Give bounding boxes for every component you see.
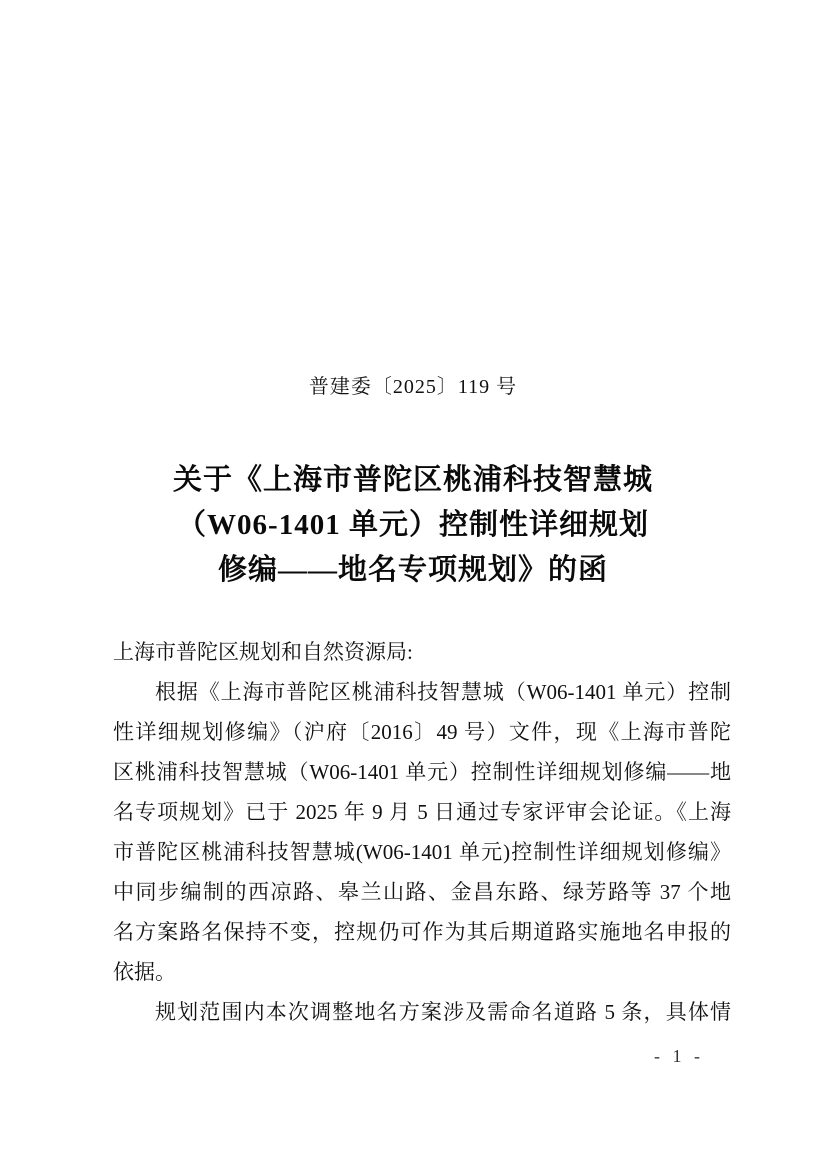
page-number: - 1 - bbox=[654, 1046, 704, 1067]
body-line: 市普陀区桃浦科技智慧城(W06-1401 单元)控制性详细规划修编》 bbox=[113, 832, 731, 872]
document-number: 普建委〔2025〕119 号 bbox=[0, 370, 826, 399]
body-line: 中同步编制的西凉路、皋兰山路、金昌东路、绿芳路等 37 个地 bbox=[113, 872, 731, 912]
title-line-1: 关于《上海市普陀区桃浦科技智慧城 bbox=[0, 458, 826, 503]
title-line-3: 修编——地名专项规划》的函 bbox=[0, 548, 826, 593]
document-title: 关于《上海市普陀区桃浦科技智慧城 （W06-1401 单元）控制性详细规划 修编… bbox=[0, 458, 826, 593]
body-line: 根据《上海市普陀区桃浦科技智慧城（W06-1401 单元）控制 bbox=[113, 672, 731, 712]
body-line: 规划范围内本次调整地名方案涉及需命名道路 5 条，具体情 bbox=[113, 992, 731, 1032]
body-line: 依据。 bbox=[113, 952, 731, 992]
body-line: 区桃浦科技智慧城（W06-1401 单元）控制性详细规划修编——地 bbox=[113, 752, 731, 792]
body-line: 性详细规划修编》（沪府〔2016〕49 号）文件，现《上海市普陀 bbox=[113, 712, 731, 752]
body-line: 名方案路名保持不变，控规仍可作为其后期道路实施地名申报的 bbox=[113, 912, 731, 952]
document-body: 上海市普陀区规划和自然资源局: 根据《上海市普陀区桃浦科技智慧城（W06-140… bbox=[113, 632, 731, 1032]
document-page: 普建委〔2025〕119 号 关于《上海市普陀区桃浦科技智慧城 （W06-140… bbox=[0, 0, 826, 1169]
body-line: 名专项规划》已于 2025 年 9 月 5 日通过专家评审会论证。《上海 bbox=[113, 792, 731, 832]
salutation: 上海市普陀区规划和自然资源局: bbox=[113, 632, 731, 672]
title-line-2: （W06-1401 单元）控制性详细规划 bbox=[0, 503, 826, 548]
